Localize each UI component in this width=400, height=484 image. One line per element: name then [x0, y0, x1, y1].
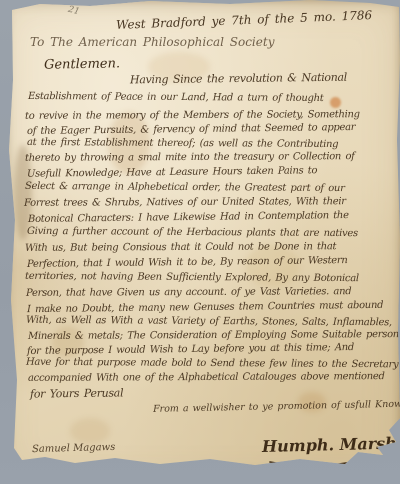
body-line: of the Eager Pursuits, & fervency of min… — [27, 122, 355, 137]
body-line: Have for that purpose made bold to Send … — [26, 357, 398, 371]
body-line: Forrest trees & Shrubs, Natives of our U… — [24, 196, 346, 209]
docket-name: Samuel Magaws — [32, 442, 116, 455]
salutation: Gentlemen. — [44, 56, 120, 72]
body-line: Botonical Characters: I have Likewise Ha… — [28, 210, 349, 225]
body-line: Person, that have Given us any account. … — [26, 286, 351, 299]
body-line: With, as Well as With a vast Variety of … — [26, 315, 392, 329]
body-line: Select & arrange in Alphebetical order, … — [25, 181, 345, 194]
body-line: to revive in the memory of the Members o… — [25, 109, 360, 122]
signature: Humph. Marshall — [262, 433, 400, 456]
body-line: accompanied With one of the Alphabetical… — [28, 371, 385, 384]
body-line: for the purpose I would Wish to Lay befo… — [27, 342, 354, 357]
stain — [330, 97, 341, 108]
body-line: Perfection, that I would Wish it to be, … — [27, 255, 348, 270]
body-line: Usefull Knowledge; Have at Leasure Hours… — [27, 165, 317, 180]
body-line: for Yours Perusal — [30, 386, 123, 400]
closing-line: From a wellwisher to ye promotion of usf… — [153, 398, 400, 415]
signature-flourish-icon — [268, 456, 386, 470]
dateline: West Bradford ye 7th of the 5 mo. 1786 — [116, 8, 373, 32]
body-line: With us, But being Consious that it Coul… — [25, 241, 336, 254]
pencil-note: 21 — [67, 5, 81, 17]
scanned-letter: 21 West Bradford ye 7th of the 5 mo. 178… — [0, 0, 400, 484]
body-line: Having Since the revolution & National — [130, 71, 347, 87]
body-line: I make no Doubt, the many new Genuses th… — [27, 300, 383, 315]
stain — [70, 418, 110, 444]
recipient-line: To The American Philosophical Society — [30, 35, 274, 49]
body-line: at the first Establishment thereof; (as … — [27, 137, 338, 150]
body-line: Establishment of Peace in our Land, Had … — [28, 91, 324, 104]
body-line: thereto by throwing a smal mite into the… — [25, 151, 355, 164]
body-line: Minerals & metals; The Consideration of … — [28, 329, 400, 342]
letter-paper: 21 West Bradford ye 7th of the 5 mo. 178… — [0, 0, 400, 484]
body-line: territories, not having Been Sufficientl… — [25, 271, 359, 284]
body-line: Giving a further account of the Herbacio… — [27, 226, 358, 239]
